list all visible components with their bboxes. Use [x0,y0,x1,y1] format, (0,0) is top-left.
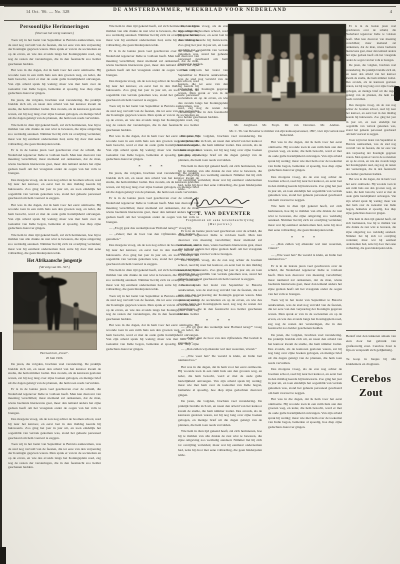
article1-subtitle: (Slot van het vorig nummer.) [8,31,101,35]
body-text: Des morgens vroeg, als de zon nog achter… [178,258,262,282]
body-text: Het was in die dagen, dat ik hem voor he… [346,177,396,215]
african-boy-photo-image [13,272,97,350]
page-number: 4 [390,9,392,14]
body-text: Des morgens vroeg, als de zon nog achter… [178,24,228,66]
article2-subtitle: (Vervolg van No. 327.) [8,265,101,269]
scan-artifact-left-edge [0,332,2,558]
body-text: Er is in de laatste jaren veel geschreve… [268,264,342,297]
cerebos-advertisement: Bederf niet den lekkeren smaak van eten … [346,330,396,560]
ad-copy-2: Te koop in busjes bij alle kruideniers e… [346,357,396,367]
body-text: — „Wie weet het? De wereld is klein, en … [268,253,342,262]
body-text: Er is in de laatste jaren veel geschreve… [8,148,101,176]
page-header: 14 Oct. '06. — No. 328 DE AMSTERDAMMER, … [0,7,400,18]
body-text: De jaren, die volgden, brachten veel ver… [8,362,101,386]
body-text: Er is in de laatste jaren veel geschreve… [178,229,262,257]
body-text: Des morgens vroeg, als de zon nog achter… [8,417,101,441]
body-text: — „Dan zullen wij elkander wel niet weer… [178,347,262,352]
column-1: Persoonlijke Herinneringen (Slot van het… [8,24,101,556]
article1-title: Persoonlijke Herinneringen [8,24,101,30]
section-separator: * * * [178,318,262,323]
handwritten-signature [189,194,251,210]
body-text: Toen wij in het laatst van September te … [346,138,396,176]
group-photo-image [228,24,346,121]
scan-artifact-bottom-left [0,547,6,564]
group-photo [228,24,346,121]
body-text: De jaren, die volgden, brachten veel ver… [8,98,101,122]
cerebos-brand-product: Zout [346,387,396,399]
header-rule-bottom [4,20,396,21]
body-text: De jaren, die volgden, brachten veel ver… [178,399,262,427]
body-text: Des morgens vroeg, als de zon nog achter… [8,178,101,202]
body-text: Toen wij in het laatst van September te … [268,298,342,331]
body-text: Er is in de laatste jaren veel geschreve… [346,24,396,62]
column-3-narrow-top: Des morgens vroeg, als de zon nog achter… [178,24,228,134]
body-text: Wie hem in dien tijd gekend heeft, zal z… [346,217,396,251]
article3-subtitle2: (Met portret.) [178,222,262,226]
body-text: Toen wij in het laatst van September te … [8,38,101,66]
body-text: Het was in die dagen, dat ik hem voor he… [8,203,101,231]
article3-title: C. T. VAN DEVENTER [178,212,262,217]
body-text: Toen wij in het laatst van September te … [178,283,262,316]
body-text: — „Wie weet het? De wereld is klein, en … [178,354,262,363]
column-5-strip: Er is in de laatste jaren veel geschreve… [346,24,396,326]
body-text: Des morgens vroeg, als de zon nog achter… [268,367,342,395]
photo2-caption-line2: 20 Juni 1906. [8,356,101,360]
cerebos-brand-name: Cerebos [346,373,396,385]
body-text: De jaren, die volgden, brachten veel ver… [178,134,262,162]
body-text: De jaren, die volgden, brachten veel ver… [268,333,342,366]
body-text: Wie hem in dien tijd gekend heeft, zal z… [8,233,101,257]
masthead-title: DE AMSTERDAMMER, WEEKBLAD VOOR NEDERLAND [0,8,400,13]
newspaper-page: 14 Oct. '06. — No. 328 DE AMSTERDAMMER, … [0,0,400,564]
body-text: Wie hem in dien tijd gekend heeft, zal z… [268,204,342,232]
body-text: — „En gij gaat dus werkelijk naar Hollan… [178,325,262,334]
body-text: Wie hem in dien tijd gekend heeft, zal z… [178,429,262,457]
body-text: De jaren, die volgden, brachten veel ver… [346,63,396,101]
body-text: Het was in die dagen, dat ik hem voor he… [8,68,101,96]
ad-copy-1: Bederf niet den lekkeren smaak van eten … [346,334,396,353]
column-4: Het was in die dagen, dat ik hem voor he… [268,140,342,556]
body-text: Het was in die dagen, dat ik hem voor he… [268,140,342,173]
body-text: — „Zeker; met de boot van den vijftiende… [178,336,262,345]
body-text: Toen wij in het laatst van September te … [178,68,228,120]
african-boy-photo [13,272,97,350]
body-text: Het was in die dagen, dat ik hem voor he… [178,365,262,398]
section-separator: * * * [268,235,342,240]
body-text: Wie hem in dien tijd gekend heeft, zal z… [8,123,101,147]
body-text: — „Dan zullen wij elkander wel niet weer… [268,242,342,251]
body-text: Des morgens vroeg, als de zon nog achter… [346,103,396,137]
body-text: Des morgens vroeg, als de zon nog achter… [268,175,342,203]
body-text: Toen wij in het laatst van September te … [8,442,101,470]
body-text: Wie hem in dien tijd gekend heeft, zal z… [178,164,262,192]
body-text: Het was in die dagen, dat ik hem voor he… [268,397,342,430]
group-photo-caption-line2: Mr. C. Th. van Deventer te midden van zi… [224,129,350,138]
group-photo-caption-names: Mr. Jongbloed. Mr. Freyn. Mr. van Devent… [226,123,348,127]
body-text: Er is in de laatste jaren veel geschreve… [8,387,101,415]
article2-title: Het Afrikaansche jongentje [8,259,101,264]
